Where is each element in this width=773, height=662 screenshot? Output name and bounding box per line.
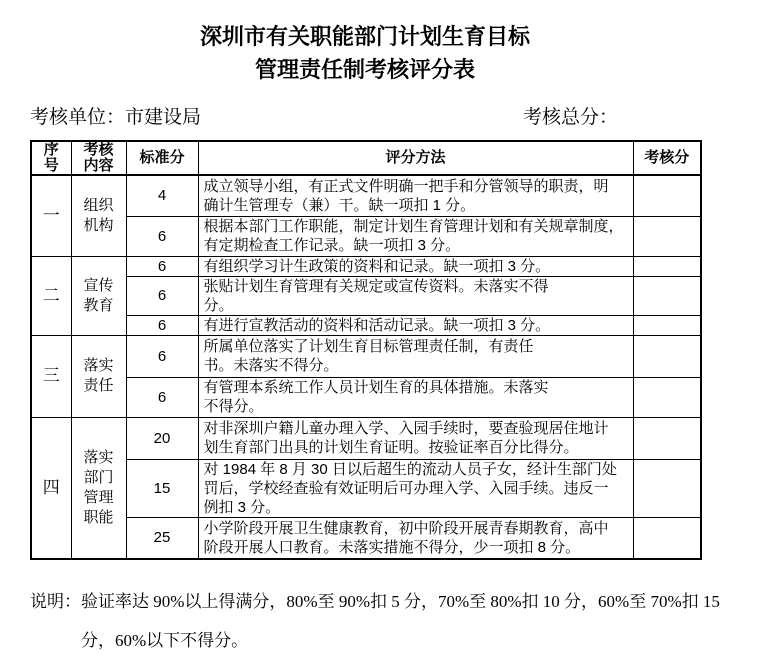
method-cell: 根据本部门工作职能，制定计划生育管理计划和有关规章制度， 有定期检查工作记录。缺… [198, 216, 633, 256]
title-line-2: 管理责任制考核评分表 [30, 53, 700, 86]
standard-score-cell: 6 [126, 276, 198, 315]
method-cell: 对 1984 年 8 月 30 日以后超生的流动人员子女，经计生部门处 罚后，学… [198, 459, 633, 517]
score-cell [633, 256, 701, 276]
method-cell: 有组织学习计生政策的资料和记录。缺一项扣 3 分。 [198, 256, 633, 276]
note: 说明： 验证率达 90%以上得满分，80%至 90%扣 5 分，70%至 80%… [30, 582, 772, 660]
document-title: 深圳市有关职能部门计划生育目标 管理责任制考核评分表 [30, 0, 700, 86]
method-cell: 有进行宣教活动的资料和活动记录。缺一项扣 3 分。 [198, 315, 633, 335]
score-cell [633, 459, 701, 517]
header-standard-score: 标准分 [126, 141, 198, 175]
method-cell: 张贴计划生育管理有关规定或宣传资料。未落实不得 分。 [198, 276, 633, 315]
method-cell: 所属单位落实了计划生育目标管理责任制，有责任 书。未落实不得分。 [198, 335, 633, 377]
score-cell [633, 276, 701, 315]
table-row: 6 张贴计划生育管理有关规定或宣传资料。未落实不得 分。 [31, 276, 701, 315]
group-category-3: 落实 责任 [71, 335, 126, 417]
assessment-table: 序 号 考核 内容 标准分 评分方法 考核分 一 组织 机构 4 成立领导小组，… [30, 140, 702, 560]
table-row: 一 组织 机构 4 成立领导小组，有正式文件明确一把手和分管领导的职责，明 确计… [31, 175, 701, 216]
header-assessment-score: 考核分 [633, 141, 701, 175]
assessed-unit: 考核单位：市建设局 [30, 106, 201, 130]
score-cell [633, 175, 701, 216]
group-category-2: 宣传 教育 [71, 256, 126, 335]
standard-score-cell: 6 [126, 335, 198, 377]
assessed-unit-label: 考核单位： [30, 107, 125, 128]
score-cell [633, 216, 701, 256]
score-cell [633, 517, 701, 559]
standard-score-cell: 25 [126, 517, 198, 559]
table-row: 6 有管理本系统工作人员计划生育的具体措施。未落实 不得分。 [31, 377, 701, 417]
info-row: 考核单位：市建设局 考核总分： [30, 106, 700, 130]
standard-score-cell: 6 [126, 216, 198, 256]
group-category-4: 落实 部门 管理 职能 [71, 417, 126, 559]
table-row: 15 对 1984 年 8 月 30 日以后超生的流动人员子女，经计生部门处 罚… [31, 459, 701, 517]
standard-score-cell: 4 [126, 175, 198, 216]
method-cell: 成立领导小组，有正式文件明确一把手和分管领导的职责，明 确计生管理专（兼）干。缺… [198, 175, 633, 216]
score-cell [633, 377, 701, 417]
group-seq-2: 二 [31, 256, 71, 335]
group-seq-4: 四 [31, 417, 71, 559]
table-row: 四 落实 部门 管理 职能 20 对非深圳户籍儿童办理入学、入园手续时，要查验现… [31, 417, 701, 459]
total-score-label: 考核总分： [523, 106, 618, 130]
standard-score-cell: 6 [126, 315, 198, 335]
score-cell [633, 335, 701, 377]
header-seq: 序 号 [31, 141, 71, 175]
header-row: 序 号 考核 内容 标准分 评分方法 考核分 [31, 141, 701, 175]
table-row: 6 有进行宣教活动的资料和活动记录。缺一项扣 3 分。 [31, 315, 701, 335]
score-cell [633, 417, 701, 459]
group-seq-1: 一 [31, 175, 71, 256]
standard-score-cell: 6 [126, 377, 198, 417]
score-cell [633, 315, 701, 335]
table-row: 二 宣传 教育 6 有组织学习计生政策的资料和记录。缺一项扣 3 分。 [31, 256, 701, 276]
method-cell: 有管理本系统工作人员计划生育的具体措施。未落实 不得分。 [198, 377, 633, 417]
assessed-unit-value: 市建设局 [125, 107, 201, 128]
table-row: 三 落实 责任 6 所属单位落实了计划生育目标管理责任制，有责任 书。未落实不得… [31, 335, 701, 377]
table-row: 6 根据本部门工作职能，制定计划生育管理计划和有关规章制度， 有定期检查工作记录… [31, 216, 701, 256]
group-category-1: 组织 机构 [71, 175, 126, 256]
method-cell: 对非深圳户籍儿童办理入学、入园手续时，要查验现居住地计 划生育部门出具的计划生育… [198, 417, 633, 459]
standard-score-cell: 20 [126, 417, 198, 459]
header-scoring-method: 评分方法 [198, 141, 633, 175]
document-page: 深圳市有关职能部门计划生育目标 管理责任制考核评分表 考核单位：市建设局 考核总… [30, 0, 700, 660]
table-row: 25 小学阶段开展卫生健康教育，初中阶段开展青春期教育，高中 阶段开展人口教育。… [31, 517, 701, 559]
note-label: 说明： [30, 582, 81, 660]
note-text: 验证率达 90%以上得满分，80%至 90%扣 5 分，70%至 80%扣 10… [81, 582, 720, 660]
header-content: 考核 内容 [71, 141, 126, 175]
method-cell: 小学阶段开展卫生健康教育，初中阶段开展青春期教育，高中 阶段开展人口教育。未落实… [198, 517, 633, 559]
title-line-1: 深圳市有关职能部门计划生育目标 [30, 20, 700, 53]
standard-score-cell: 15 [126, 459, 198, 517]
standard-score-cell: 6 [126, 256, 198, 276]
group-seq-3: 三 [31, 335, 71, 417]
